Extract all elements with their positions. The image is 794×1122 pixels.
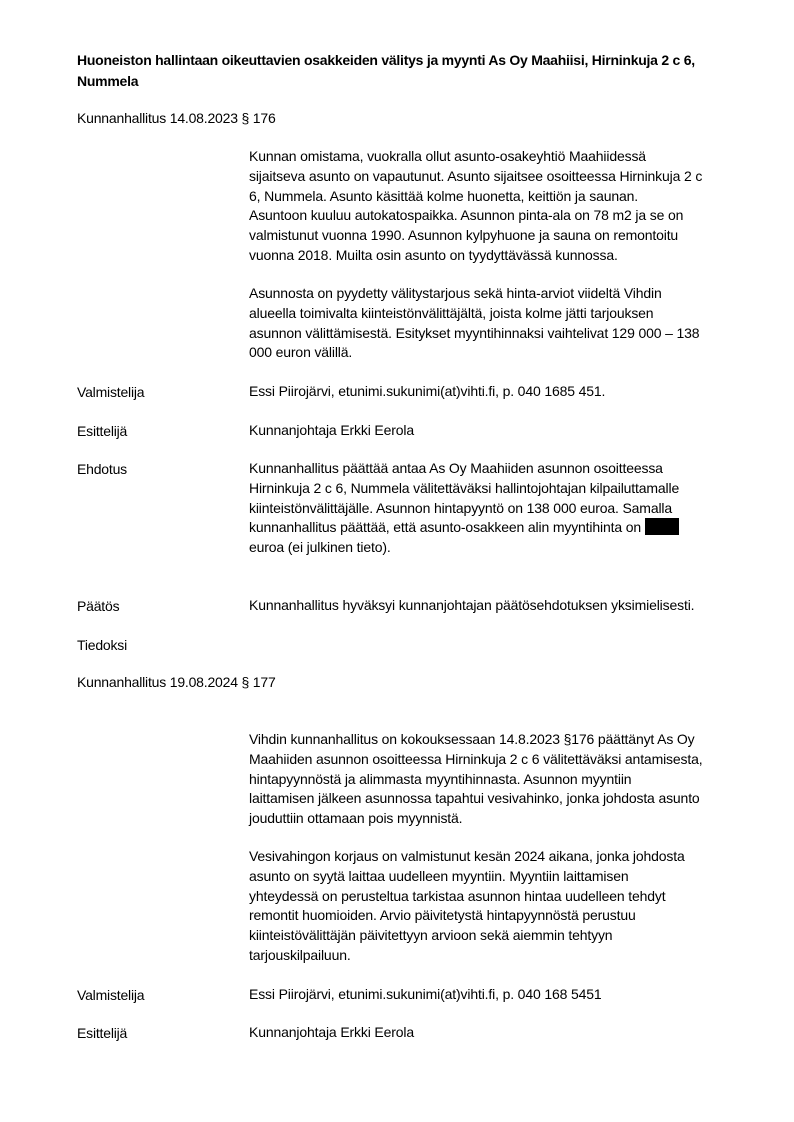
text-line: hintapyynnöstä ja alimmasta myyntihinnas… (249, 770, 749, 790)
text-line: kiinteistövälittäjän päivitettyyn arvioo… (249, 926, 749, 946)
title-line: Nummela (77, 71, 757, 92)
text-line: Vesivahingon korjaus on valmistunut kesä… (249, 847, 749, 867)
text-line: valmistunut vuonna 1990. Asunnon kylpyhu… (249, 226, 749, 246)
text-line: alueella toimivalta kiinteistönvälittäjä… (249, 304, 749, 324)
valmistelija-value: Essi Piirojärvi, etunimi.sukunimi(at)vih… (249, 382, 749, 402)
text-line: jouduttiin ottamaan pois myynnistä. (249, 809, 749, 829)
text-line: Kunnan omistama, vuokralla ollut asunto-… (249, 147, 749, 167)
text-line-content: kunnanhallitus päättää, että asunto-osak… (249, 519, 641, 535)
text-line: Asuntoon kuuluu autokatospaikka. Asunnon… (249, 206, 749, 226)
redaction-box (645, 518, 679, 535)
esittelija-value: Kunnanjohtaja Erkki Eerola (249, 421, 749, 441)
text-line: Hirninkuja 2 c 6, Nummela välitettäväksi… (249, 479, 749, 499)
section-1-heading: Kunnanhallitus 14.08.2023 § 176 (77, 108, 276, 128)
paatos-value: Kunnanhallitus hyväksyi kunnanjohtajan p… (249, 596, 749, 616)
text-line: Asunnosta on pyydetty välitystarjous sek… (249, 284, 749, 304)
section-2-heading: Kunnanhallitus 19.08.2024 § 177 (77, 672, 276, 692)
text-line: 000 euron välillä. (249, 343, 749, 363)
text-line: Kunnanhallitus päättää antaa As Oy Maahi… (249, 459, 749, 479)
text-line: remontit huomioiden. Arvio päivitetystä … (249, 906, 749, 926)
valmistelija-value: Essi Piirojärvi, etunimi.sukunimi(at)vih… (249, 985, 749, 1005)
section-1-paragraph-2: Asunnosta on pyydetty välitystarjous sek… (249, 284, 749, 363)
text-line: euroa (ei julkinen tieto). (249, 538, 749, 558)
title-line: Huoneiston hallintaan oikeuttavien osakk… (77, 50, 757, 71)
text-line: asunto on syytä laittaa uudelleen myynti… (249, 867, 749, 887)
valmistelija-label: Valmistelija (77, 985, 144, 1005)
text-line: vuonna 2018. Muilta osin asunto on tyydy… (249, 246, 749, 266)
tiedoksi-label: Tiedoksi (77, 635, 127, 655)
esittelija-value: Kunnanjohtaja Erkki Eerola (249, 1023, 749, 1043)
ehdotus-text: Kunnanhallitus päättää antaa As Oy Maahi… (249, 459, 749, 558)
esittelija-label: Esittelijä (77, 421, 127, 441)
text-line: sijaitseva asunto on vapautunut. Asunto … (249, 167, 749, 187)
esittelija-label: Esittelijä (77, 1023, 127, 1043)
text-line: Vihdin kunnanhallitus on kokouksessaan 1… (249, 730, 749, 750)
valmistelija-label: Valmistelija (77, 382, 144, 402)
text-line: Maahiiden asunnon osoitteessa Hirninkuja… (249, 750, 749, 770)
section-2-paragraph-2: Vesivahingon korjaus on valmistunut kesä… (249, 847, 749, 966)
document-title: Huoneiston hallintaan oikeuttavien osakk… (77, 50, 757, 92)
text-line: tarjouskilpailuun. (249, 946, 749, 966)
text-line: asunnon välittämisestä. Esitykset myynti… (249, 324, 749, 344)
text-line: laittamisen jälkeen asunnossa tapahtui v… (249, 789, 749, 809)
text-line: 6, Nummela. Asunto käsittää kolme huonet… (249, 187, 749, 207)
paatos-label: Päätös (77, 596, 119, 616)
section-1-paragraph-1: Kunnan omistama, vuokralla ollut asunto-… (249, 147, 749, 266)
text-line: yhteydessä on perusteltua tarkistaa asun… (249, 887, 749, 907)
text-line: kunnanhallitus päättää, että asunto-osak… (249, 518, 749, 538)
text-line: kiinteistönvälittäjälle. Asunnon hintapy… (249, 499, 749, 519)
section-2-paragraph-1: Vihdin kunnanhallitus on kokouksessaan 1… (249, 730, 749, 829)
ehdotus-label: Ehdotus (77, 459, 127, 479)
